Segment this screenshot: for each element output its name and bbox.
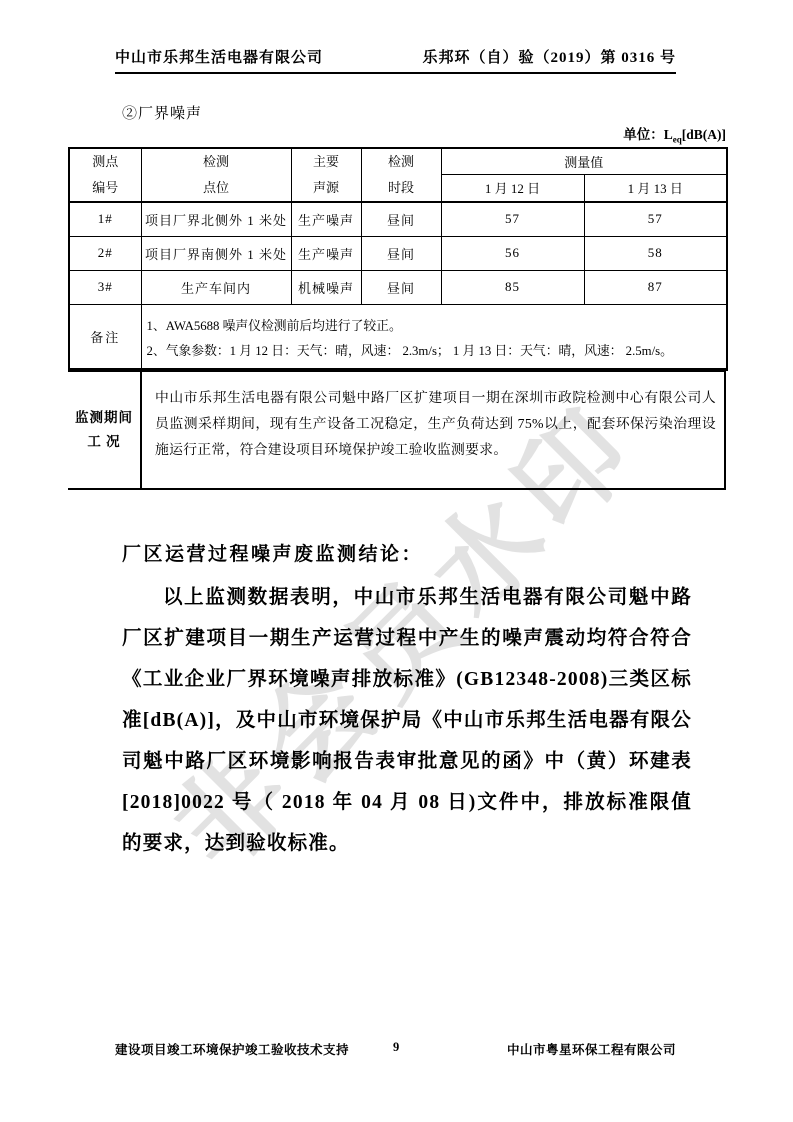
table-row: 3# 生产车间内 机械噪声 昼间 85 87: [69, 270, 727, 304]
remark-line-1: 1、AWA5688 噪声仪检测前后均进行了较正。: [147, 314, 725, 339]
document-page: 非会员水印 中山市乐邦生活电器有限公司 乐邦环（自）验（2019）第 0316 …: [0, 0, 793, 1122]
cell-location: 生产车间内: [141, 270, 291, 304]
header-date-1: 1 月 12 日: [441, 174, 584, 202]
cell-point-id: 1#: [69, 202, 141, 236]
header-location: 检测 点位: [141, 148, 291, 202]
remark-label: 备注: [69, 304, 141, 370]
unit-suffix: [dB(A)]: [682, 127, 726, 142]
remark-row: 备注 1、AWA5688 噪声仪检测前后均进行了较正。 2、气象参数：1 月 1…: [69, 304, 727, 370]
noise-measurement-table: 测点 编号 检测 点位 主要 声源 检测 时段 测量值: [68, 147, 728, 371]
cell-value-date2: 87: [584, 270, 727, 304]
remark-content: 1、AWA5688 噪声仪检测前后均进行了较正。 2、气象参数：1 月 12 日…: [141, 304, 727, 370]
table-header-row: 测点 编号 检测 点位 主要 声源 检测 时段 测量值: [69, 148, 727, 174]
header-period-line2: 时段: [362, 175, 441, 201]
header-measured-value: 测量值: [441, 148, 727, 174]
header-source-line2: 声源: [292, 175, 361, 201]
footer-page-number: 9: [393, 1040, 399, 1055]
unit-prefix: 单位：L: [623, 127, 673, 142]
cell-period: 昼间: [361, 236, 441, 270]
table-row: 1# 项目厂界北侧外 1 米处 生产噪声 昼间 57 57: [69, 202, 727, 236]
condition-label-line2: 工 况: [87, 430, 120, 454]
header-company-name: 中山市乐邦生活电器有限公司: [115, 46, 323, 67]
page-content: 中山市乐邦生活电器有限公司 乐邦环（自）验（2019）第 0316 号 ②厂界噪…: [0, 0, 793, 1122]
section-title: ②厂界噪声: [122, 102, 202, 123]
monitoring-condition-section: 监测期间 工 况 中山市乐邦生活电器有限公司魁中路厂区扩建项目一期在深圳市政院检…: [68, 368, 726, 490]
header-period: 检测 时段: [361, 148, 441, 202]
header-date-2: 1 月 13 日: [584, 174, 727, 202]
cell-value-date1: 85: [441, 270, 584, 304]
cell-period: 昼间: [361, 270, 441, 304]
header-point-id: 测点 编号: [69, 148, 141, 202]
cell-value-date2: 58: [584, 236, 727, 270]
cell-location: 项目厂界北侧外 1 米处: [141, 202, 291, 236]
header-location-line1: 检测: [142, 149, 291, 175]
header-source-line1: 主要: [292, 149, 361, 175]
header-document-number: 乐邦环（自）验（2019）第 0316 号: [422, 46, 676, 67]
unit-subscript: eq: [673, 135, 682, 145]
cell-source: 生产噪声: [291, 202, 361, 236]
cell-source: 生产噪声: [291, 236, 361, 270]
condition-text: 中山市乐邦生活电器有限公司魁中路厂区扩建项目一期在深圳市政院检测中心有限公司人员…: [140, 372, 724, 488]
footer-right-text: 中山市粤星环保工程有限公司: [507, 1040, 676, 1058]
page-header: 中山市乐邦生活电器有限公司 乐邦环（自）验（2019）第 0316 号: [115, 46, 676, 74]
header-period-line1: 检测: [362, 149, 441, 175]
conclusion-paragraph: 以上监测数据表明，中山市乐邦生活电器有限公司魁中路厂区扩建项目一期生产运营过程中…: [122, 577, 692, 864]
conclusion-section: 厂区运营过程噪声废监测结论： 以上监测数据表明，中山市乐邦生活电器有限公司魁中路…: [122, 540, 692, 864]
cell-value-date2: 57: [584, 202, 727, 236]
condition-label: 监测期间 工 况: [68, 372, 140, 488]
table-row: 2# 项目厂界南侧外 1 米处 生产噪声 昼间 56 58: [69, 236, 727, 270]
unit-label: 单位：Leq[dB(A)]: [623, 123, 726, 145]
cell-location: 项目厂界南侧外 1 米处: [141, 236, 291, 270]
cell-point-id: 2#: [69, 236, 141, 270]
footer-left-text: 建设项目竣工环境保护竣工验收技术支持: [115, 1040, 349, 1058]
cell-value-date1: 56: [441, 236, 584, 270]
cell-value-date1: 57: [441, 202, 584, 236]
page-footer: 建设项目竣工环境保护竣工验收技术支持 9 中山市粤星环保工程有限公司: [115, 1040, 676, 1060]
cell-period: 昼间: [361, 202, 441, 236]
header-point-id-line1: 测点: [70, 149, 141, 175]
condition-label-line1: 监测期间: [75, 406, 133, 430]
cell-point-id: 3#: [69, 270, 141, 304]
header-point-id-line2: 编号: [70, 175, 141, 201]
remark-line-2: 2、气象参数：1 月 12 日：天气：晴，风速： 2.3m/s； 1 月 13 …: [147, 339, 725, 364]
conclusion-heading: 厂区运营过程噪声废监测结论：: [122, 540, 692, 570]
header-location-line2: 点位: [142, 175, 291, 201]
cell-source: 机械噪声: [291, 270, 361, 304]
header-source: 主要 声源: [291, 148, 361, 202]
